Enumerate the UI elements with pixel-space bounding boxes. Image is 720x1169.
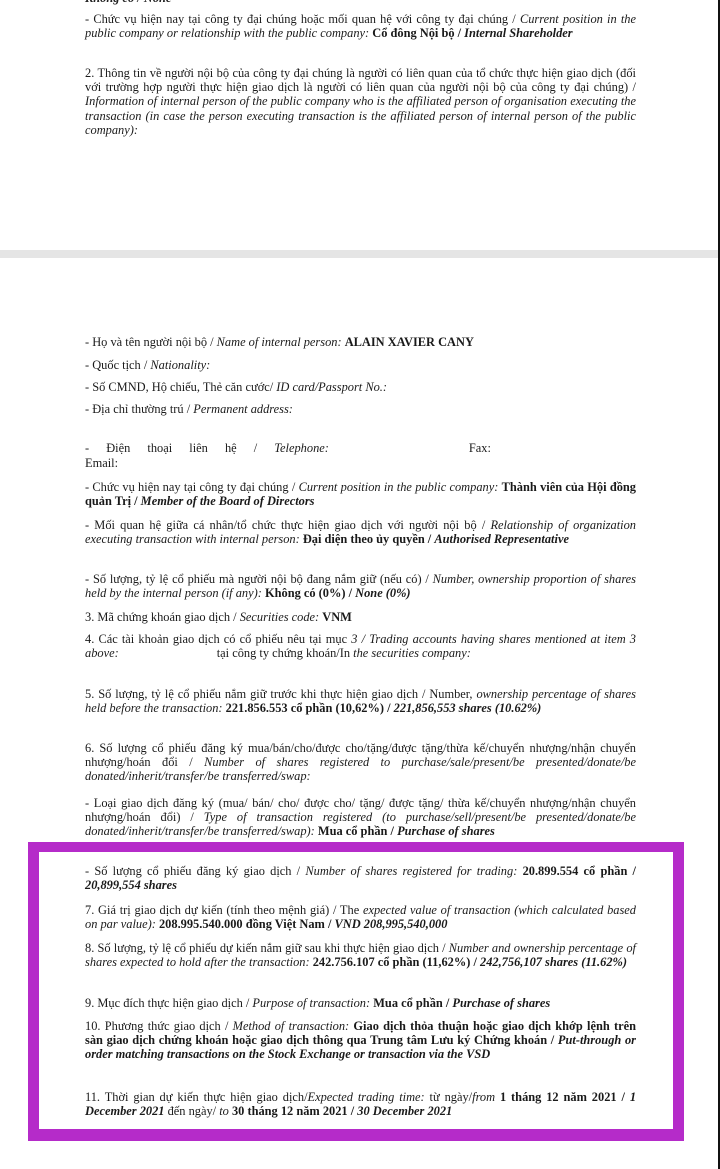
telephone-line: - Điện thoại liên hệ / Telephone:Fax: — [85, 441, 636, 455]
address-line: - Địa chỉ thường trú / Permanent address… — [85, 402, 636, 416]
section-10-method: 10. Phương thức giao dịch / Method of tr… — [85, 1019, 636, 1062]
position-paragraph: - Chức vụ hiện nay tại công ty đại chúng… — [85, 480, 636, 508]
nationality-line: - Quốc tịch / Nationality: — [85, 358, 636, 372]
section-8-shares-after: 8. Số lượng, tỷ lệ cổ phiếu dự kiến nắm … — [85, 941, 636, 969]
section-11-trading-time: 11. Thời gian dự kiến thực hiện giao dịc… — [85, 1090, 636, 1118]
transaction-type-paragraph: - Loại giao dịch đăng ký (mua/ bán/ cho/… — [85, 796, 636, 839]
section-5-shares-before: 5. Số lượng, tỷ lệ cổ phiếu nắm giữ trướ… — [85, 687, 636, 715]
section-6-shares-registered: 6. Số lượng cổ phiếu đăng ký mua/bán/cho… — [85, 741, 636, 784]
section-4-trading-accounts: 4. Các tài khoản giao dịch có cổ phiếu n… — [85, 632, 636, 660]
section-9-purpose: 9. Mục đích thực hiện giao dịch / Purpos… — [85, 996, 636, 1010]
email-line: Email: — [85, 456, 636, 470]
page-separator — [0, 250, 719, 258]
internal-person-name: - Họ và tên người nội bộ / Name of inter… — [85, 335, 636, 349]
relationship-paragraph: - Mối quan hệ giữa cá nhân/tổ chức thực … — [85, 518, 636, 546]
shares-held-paragraph: - Số lượng, tỷ lệ cổ phiếu mà người nội … — [85, 572, 636, 600]
section-7-expected-value: 7. Giá trị giao dịch dự kiến (tính theo … — [85, 903, 636, 931]
document-page-1: Không có / None - Chức vụ hiện nay tại c… — [0, 0, 719, 250]
shares-registered-for-trading: - Số lượng cổ phiếu đăng ký giao dịch / … — [85, 864, 636, 892]
id-card-line: - Số CMND, Hộ chiếu, Thẻ căn cước/ ID ca… — [85, 380, 636, 394]
current-position-paragraph: - Chức vụ hiện nay tại công ty đại chúng… — [85, 12, 636, 40]
cut-off-line: Không có / None — [85, 0, 385, 5]
section-3-securities-code: 3. Mã chứng khoán giao dịch / Securities… — [85, 610, 636, 624]
section-2-paragraph: 2. Thông tin về người nội bộ của công ty… — [85, 66, 636, 137]
